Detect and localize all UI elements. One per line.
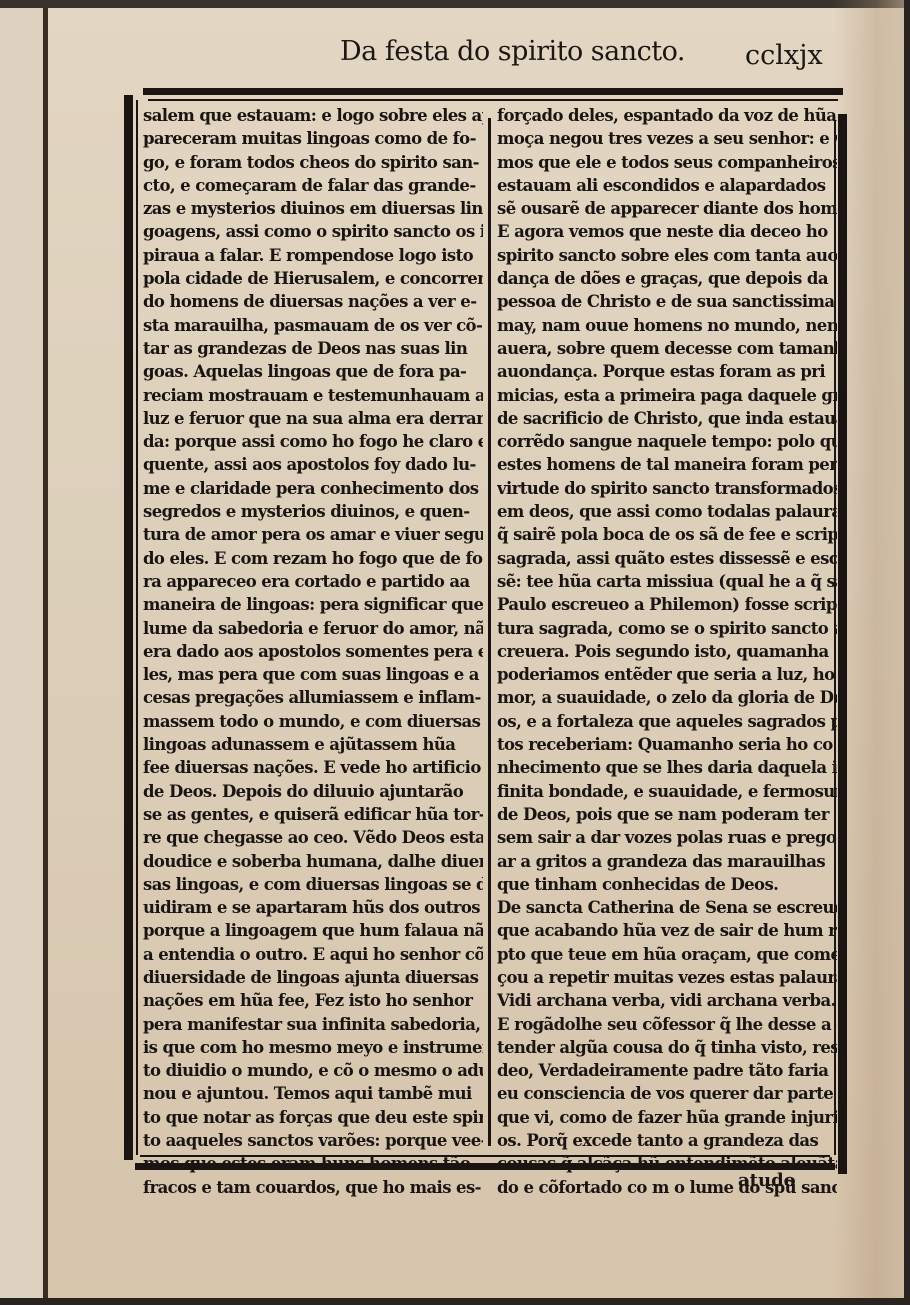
text-line: nações em hũa fee, Fez isto ho senhor	[143, 989, 483, 1012]
text-line: nhecimento que se lhes daria daquela in	[497, 756, 837, 779]
text-line: se as gentes, e quiserã edificar hũa tor…	[143, 803, 483, 826]
text-line: pera manifestar sua infinita sabedoria, …	[143, 1013, 483, 1036]
text-line: Paulo escreueo a Philemon) fosse scrip	[497, 593, 837, 616]
text-line: mos que ele e todos seus companheiros	[497, 151, 837, 174]
text-line: diuersidade de lingoas ajunta diuersas	[143, 966, 483, 989]
text-line: moça negou tres vezes a seu senhor: e ve	[497, 127, 837, 150]
text-line: zas e mysterios diuinos em diuersas lin	[143, 197, 483, 220]
text-line: re que chegasse ao ceo. Vẽdo Deos esta	[143, 826, 483, 849]
text-line: auondança. Porque estas foram as pri	[497, 360, 837, 383]
text-line: de Deos, pois que se nam poderam ter	[497, 803, 837, 826]
text-line: spirito sancto sobre eles com tanta auon…	[497, 244, 837, 267]
text-line: porque a lingoagem que hum falaua nã	[143, 919, 483, 942]
text-line: pareceram muitas lingoas como de fo-	[143, 127, 483, 150]
text-line: de sacrificio de Christo, que inda estau…	[497, 407, 837, 430]
text-line: de Deos. Depois do diluuio ajuntarão	[143, 780, 483, 803]
text-line: fracos e tam couardos, que ho mais es-	[143, 1176, 483, 1199]
text-column-left: salem que estauam: e logo sobre eles ap-…	[143, 104, 483, 1199]
text-line: luz e feruor que na sua alma era derrama	[143, 407, 483, 430]
text-line: tos receberiam: Quamanho seria ho co	[497, 733, 837, 756]
text-line: les, mas pera que com suas lingoas e a	[143, 663, 483, 686]
text-line: De sancta Catherina de Sena se escreue	[497, 896, 837, 919]
text-line: os, e a fortaleza que aqueles sagrados p…	[497, 710, 837, 733]
left-border-bar	[124, 95, 133, 1160]
text-line: go, e foram todos cheos do spirito san-	[143, 151, 483, 174]
text-line: mos que estes eram huns homens tão	[143, 1152, 483, 1175]
catchword: atudo	[738, 1170, 796, 1191]
text-line: salem que estauam: e logo sobre eles ap-	[143, 104, 483, 127]
text-line: sagrada, assi quãto estes dissessẽ e esc…	[497, 547, 837, 570]
text-line: virtude do spirito sancto transformados	[497, 477, 837, 500]
text-line: E rogãdolhe seu cõfessor q̃ lhe desse a …	[497, 1013, 837, 1036]
running-head: Da festa do spirito sancto.	[340, 36, 685, 67]
text-line: que acabando hũa vez de sair de hum rap	[497, 919, 837, 942]
text-line: micias, esta a primeira paga daquele grã	[497, 384, 837, 407]
text-line: tura sagrada, como se o spirito sancto a…	[497, 617, 837, 640]
folio-number: cclxjx	[745, 40, 823, 71]
right-border-bar	[838, 114, 847, 1174]
top-border-rule-thin	[148, 99, 838, 101]
text-line: q̃ sairẽ pola boca de os sã de fee e scr…	[497, 523, 837, 546]
adjacent-leaf-edge	[0, 8, 48, 1298]
text-line: E agora vemos que neste dia deceo ho	[497, 220, 837, 243]
text-line: a entendia o outro. E aqui ho senhor cõ	[143, 943, 483, 966]
text-line: sẽ: tee hũa carta missiua (qual he a q̃ …	[497, 570, 837, 593]
text-line: em deos, que assi como todalas palauras	[497, 500, 837, 523]
text-line: doudice e soberba humana, dalhe diuer	[143, 850, 483, 873]
text-line: piraua a falar. E rompendose logo isto	[143, 244, 483, 267]
text-line: pessoa de Christo e de sua sanctissima	[497, 290, 837, 313]
text-line: dança de dões e graças, que depois da	[497, 267, 837, 290]
text-line: eu consciencia de vos querer dar parte d…	[497, 1082, 837, 1105]
text-line: nou e ajuntou. Temos aqui tambẽ mui	[143, 1082, 483, 1105]
text-line: may, nam ouue homens no mundo, nem	[497, 314, 837, 337]
text-line: to aaqueles sanctos varões: porque vee-	[143, 1129, 483, 1152]
text-line: lingoas adunassem e ajũtassem hũa	[143, 733, 483, 756]
text-line: massem todo o mundo, e com diuersas	[143, 710, 483, 733]
book-page: Da festa do spirito sancto. cclxjx salem…	[0, 0, 904, 1298]
text-line: finita bondade, e suauidade, e fermosura	[497, 780, 837, 803]
text-line: uidiram e se apartaram hũs dos outros	[143, 896, 483, 919]
text-line: mor, a suauidade, o zelo da gloria de De	[497, 686, 837, 709]
text-line: da: porque assi como ho fogo he claro e	[143, 430, 483, 453]
text-line: sem sair a dar vozes polas ruas e prego	[497, 826, 837, 849]
text-line: segredos e mysterios diuinos, e quen-	[143, 500, 483, 523]
top-border-rule	[143, 88, 843, 95]
text-line: do eles. E com rezam ho fogo que de fo	[143, 547, 483, 570]
text-line: pola cidade de Hierusalem, e concorren	[143, 267, 483, 290]
text-line: sẽ ousarẽ de apparecer diante dos homẽs	[497, 197, 837, 220]
text-line: lume da sabedoria e feruor do amor, não	[143, 617, 483, 640]
text-line: tar as grandezas de Deos nas suas lin	[143, 337, 483, 360]
text-line: fee diuersas nações. E vede ho artificio	[143, 756, 483, 779]
text-line: os. Porq̃ excede tanto a grandeza das	[497, 1129, 837, 1152]
text-line: forçado deles, espantado da voz de hũa	[497, 104, 837, 127]
text-line: ar a gritos a grandeza das marauilhas	[497, 850, 837, 873]
text-line: que vi, como de fazer hũa grande injuria…	[497, 1106, 837, 1129]
text-line: goas. Aquelas lingoas que de fora pa-	[143, 360, 483, 383]
text-line: is que com ho mesmo meyo e instrumen	[143, 1036, 483, 1059]
text-line: tura de amor pera os amar e viuer segun	[143, 523, 483, 546]
text-line: creuera. Pois segundo isto, quamanha	[497, 640, 837, 663]
text-line: que tinham conhecidas de Deos.	[497, 873, 837, 896]
text-column-right: forçado deles, espantado da voz de hũamo…	[497, 104, 837, 1199]
text-line: me e claridade pera conhecimento dos	[143, 477, 483, 500]
page-top-edge	[0, 0, 904, 8]
text-line: cto, e começaram de falar das grande-	[143, 174, 483, 197]
text-line: to diuidio o mundo, e cõ o mesmo o adu	[143, 1059, 483, 1082]
text-line: deo, Verdadeiramente padre tãto faria	[497, 1059, 837, 1082]
text-line: goagens, assi como o spirito sancto os i…	[143, 220, 483, 243]
text-line: pto que teue em hũa oraçam, que come-	[497, 943, 837, 966]
text-line: estes homens de tal maneira foram per	[497, 453, 837, 476]
text-line: sta marauilha, pasmauam de os ver cõ-	[143, 314, 483, 337]
text-line: çou a repetir muitas vezes estas palaura…	[497, 966, 837, 989]
text-line: reciam mostrauam e testemunhauam a	[143, 384, 483, 407]
text-line: estauam ali escondidos e alapardados	[497, 174, 837, 197]
text-line: ra appareceo era cortado e partido aa	[143, 570, 483, 593]
text-line: maneira de lingoas: pera significar que …	[143, 593, 483, 616]
text-line: sas lingoas, e com diuersas lingoas se d…	[143, 873, 483, 896]
text-line: tender algũa cousa do q̃ tinha visto, re…	[497, 1036, 837, 1059]
text-line: corrẽdo sangue naquele tempo: polo qual	[497, 430, 837, 453]
text-line: auera, sobre quem decesse com tamanha	[497, 337, 837, 360]
text-line: do homens de diuersas nações a ver e-	[143, 290, 483, 313]
text-line: era dado aos apostolos somentes pera e	[143, 640, 483, 663]
column-divider	[488, 118, 491, 1146]
left-border-thin	[136, 100, 138, 1155]
text-line: cesas pregações allumiassem e inflam-	[143, 686, 483, 709]
text-line: quente, assi aos apostolos foy dado lu-	[143, 453, 483, 476]
text-line: to que notar as forças que deu este spir…	[143, 1106, 483, 1129]
text-line: Vidi archana verba, vidi archana verba.	[497, 989, 837, 1012]
text-line: poderiamos entẽder que seria a luz, ho a…	[497, 663, 837, 686]
